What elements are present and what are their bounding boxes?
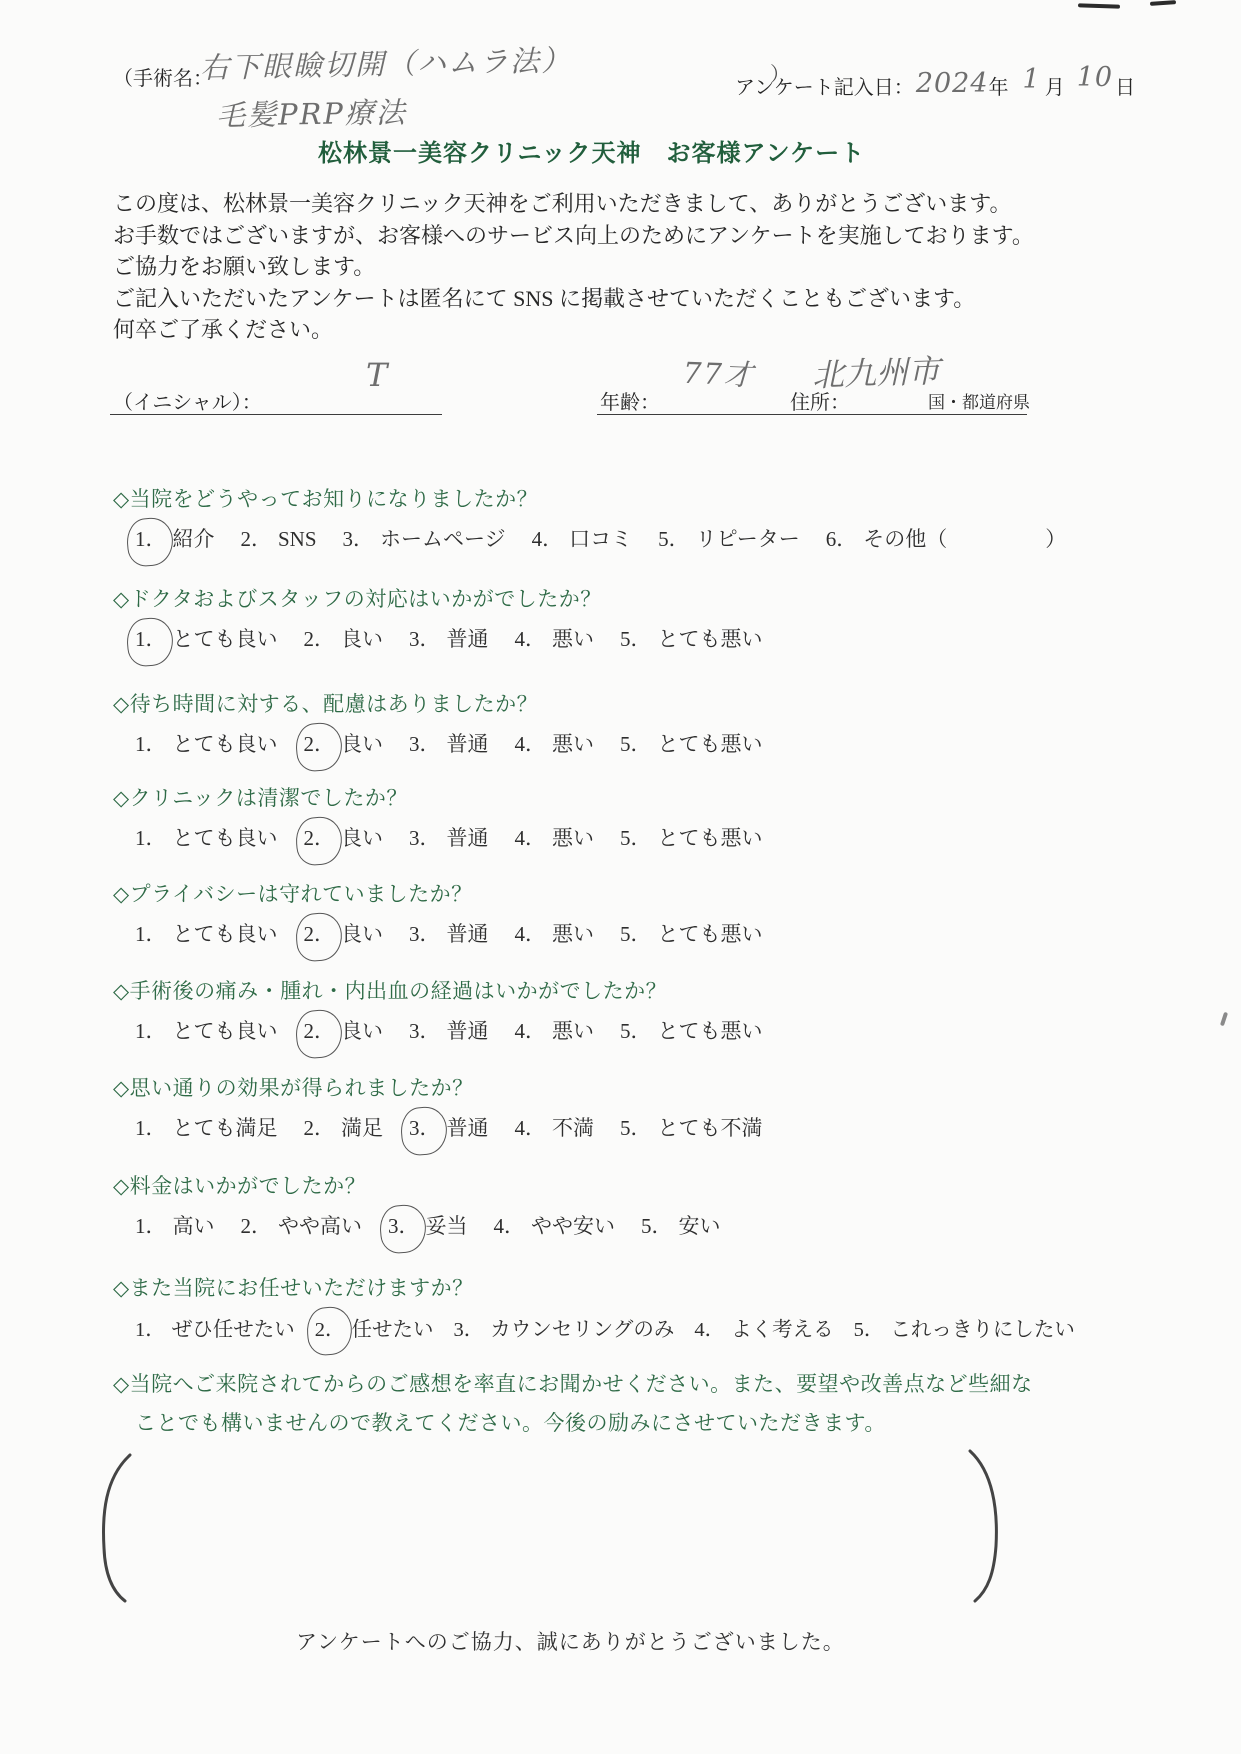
survey-date-day-handwritten: 10: [1077, 62, 1113, 93]
option-number: 2．: [241, 1210, 273, 1240]
question-8-option-3-selected: 3．妥当: [388, 1210, 468, 1240]
survey-date-line: アンケート記入日：2024年1月10日: [735, 70, 1135, 101]
option-label: 普通: [447, 826, 489, 850]
question-6: ◇手術後の痛み・腫れ・内出血の経過はいかがでしたか？1．とても良い2．良い3．普…: [113, 975, 763, 1045]
initial-label: （イニシャル）：: [113, 386, 262, 415]
option-label: とても良い: [173, 922, 278, 946]
option-number: 5．: [620, 1015, 652, 1045]
question-2-heading: ◇ドクタおよびスタッフの対応はいかがでしたか？: [113, 583, 763, 613]
question-2-options: 1．とても良い2．良い3．普通4．悪い5．とても悪い: [135, 623, 763, 653]
question-6-option-5: 5．とても悪い: [620, 1015, 763, 1045]
option-number: 1．: [135, 1210, 167, 1240]
intro-line-4: ご記入いただいたアンケートは匿名にて SNS に掲載させていただくこともございま…: [113, 283, 1034, 315]
option-number: 3．: [409, 918, 441, 948]
circled-answer-mark: 2．: [315, 1312, 346, 1342]
option-number: 1．: [135, 918, 167, 948]
option-label: とても良い: [173, 732, 278, 756]
question-1-options: 1．紹介2．SNS3．ホームページ4．口コミ5．リピーター6．その他（）: [135, 523, 1066, 553]
question-9-options: 1．ぜひ任せたい2．任せたい3．カウンセリングのみ4．よく考える5．これっきりに…: [135, 1312, 1095, 1342]
option-label: ホームページ: [380, 527, 506, 551]
question-4-option-4: 4．悪い: [515, 822, 595, 852]
option-number: 5．: [620, 918, 652, 948]
question-1-other-close-paren: ）: [1045, 523, 1066, 553]
question-8-option-1: 1．高い: [135, 1210, 215, 1240]
question-6-option-4: 4．悪い: [515, 1015, 595, 1045]
option-number: 4．: [515, 822, 547, 852]
option-label: とても満足: [173, 1116, 278, 1140]
option-number: 5．: [658, 523, 690, 553]
option-number: 5．: [620, 623, 652, 653]
option-label: 悪い: [552, 732, 594, 756]
address-underline: [789, 414, 1027, 415]
option-number: 5．: [641, 1210, 673, 1240]
question-5-option-5: 5．とても悪い: [620, 918, 763, 948]
option-number: 1．: [135, 728, 167, 758]
question-3-option-4: 4．悪い: [515, 728, 595, 758]
question-9: ◇また当院にお任せいただけますか？1．ぜひ任せたい2．任せたい3．カウンセリング…: [113, 1272, 1095, 1342]
closing-thanks-message: アンケートへのご協力、誠にありがとうございました。: [296, 1626, 845, 1656]
question-5-option-4: 4．悪い: [515, 918, 595, 948]
option-number: 1．: [135, 1112, 167, 1142]
option-number: 4．: [515, 728, 547, 758]
option-label: SNS: [278, 527, 317, 551]
option-label: とても良い: [173, 1019, 278, 1043]
option-label: 普通: [447, 627, 489, 651]
option-label: とても悪い: [658, 826, 763, 850]
age-underline: [597, 414, 789, 415]
question-5-option-2-selected: 2．良い: [304, 918, 384, 948]
question-1-option-2: 2．SNS: [241, 523, 317, 553]
option-number: 1．: [135, 1312, 166, 1342]
option-label: とても悪い: [658, 922, 763, 946]
option-label: 悪い: [552, 627, 594, 651]
intro-line-3: ご協力をお願い致します。: [113, 251, 1034, 283]
question-3: ◇待ち時間に対する、配慮はありましたか？1．とても良い2．良い3．普通4．悪い5…: [113, 688, 763, 758]
question-7: ◇思い通りの効果が得られましたか？1．とても満足2．満足3．普通4．不満5．とて…: [113, 1072, 763, 1142]
option-label: カウンセリングのみ: [490, 1319, 674, 1341]
option-label: 安い: [679, 1214, 721, 1238]
question-8-option-5: 5．安い: [641, 1210, 721, 1240]
question-3-option-2-selected: 2．良い: [304, 728, 384, 758]
question-3-option-1: 1．とても良い: [135, 728, 278, 758]
option-label: とても悪い: [658, 1019, 763, 1043]
survey-date-month-unit: 月: [1045, 77, 1065, 99]
question-3-heading: ◇待ち時間に対する、配慮はありましたか？: [113, 688, 763, 718]
question-5: ◇プライバシーは守れていましたか？1．とても良い2．良い3．普通4．悪い5．とて…: [113, 878, 763, 948]
survey-date-year-unit: 年: [989, 77, 1009, 99]
question-4-option-2-selected: 2．良い: [304, 822, 384, 852]
scan-artifact: [1078, 3, 1120, 8]
question-4-option-5: 5．とても悪い: [620, 822, 763, 852]
option-number: 5．: [854, 1312, 885, 1342]
question-6-option-2-selected: 2．良い: [304, 1015, 384, 1045]
option-label: 満足: [341, 1116, 383, 1140]
initial-value-handwritten: T: [366, 356, 389, 394]
question-4-options: 1．とても良い2．良い3．普通4．悪い5．とても悪い: [135, 822, 763, 852]
option-number: 4．: [515, 918, 547, 948]
option-label: リピーター: [696, 527, 800, 551]
option-label: 悪い: [552, 922, 594, 946]
initial-underline: [110, 414, 442, 415]
surgery-name-label: （手術名：: [113, 62, 213, 91]
option-label: その他（: [863, 527, 947, 551]
option-number: 2．: [241, 523, 273, 553]
question-9-option-5: 5．これっきりにしたい: [854, 1312, 1075, 1342]
question-1-option-6: 6．その他（: [826, 523, 948, 553]
survey-date-year-handwritten: 2024: [916, 68, 989, 99]
question-5-heading: ◇プライバシーは守れていましたか？: [113, 878, 763, 908]
intro-line-1: この度は、松林景一美容クリニック天神をご利用いただきまして、ありがとうございます…: [113, 188, 1034, 220]
option-number: 4．: [515, 1112, 547, 1142]
question-5-options: 1．とても良い2．良い3．普通4．悪い5．とても悪い: [135, 918, 763, 948]
circled-answer-mark: 3．: [409, 1112, 441, 1142]
option-label: 良い: [341, 922, 383, 946]
question-10: ◇当院へご来院されてからのご感想を率直にお聞かせください。また、要望や改善点など…: [113, 1368, 1033, 1437]
option-label: とても良い: [173, 826, 278, 850]
circled-answer-mark: 1．: [135, 623, 167, 653]
option-number: 6．: [826, 523, 858, 553]
question-9-option-1: 1．ぜひ任せたい: [135, 1312, 295, 1342]
question-8-options: 1．高い2．やや高い3．妥当4．やや安い5．安い: [135, 1210, 721, 1240]
question-1-heading: ◇当院をどうやってお知りになりましたか？: [113, 483, 1066, 513]
age-value-handwritten: 77才: [682, 351, 755, 394]
question-4-option-3: 3．普通: [409, 822, 489, 852]
option-label: 悪い: [552, 826, 594, 850]
intro-line-5: 何卒ご了承ください。: [113, 314, 1034, 346]
question-8-option-2: 2．やや高い: [241, 1210, 363, 1240]
option-label: やや安い: [531, 1214, 615, 1238]
option-label: 普通: [447, 1116, 489, 1140]
option-label: とても良い: [173, 627, 278, 651]
question-9-option-4: 4．よく考える: [694, 1312, 833, 1342]
question-4: ◇クリニックは清潔でしたか？1．とても良い2．良い3．普通4．悪い5．とても悪い: [113, 782, 763, 852]
question-1-option-4: 4．口コミ: [532, 523, 633, 553]
question-6-option-1: 1．とても良い: [135, 1015, 278, 1045]
question-2-option-2: 2．良い: [304, 623, 384, 653]
circled-answer-mark: 1．: [135, 523, 167, 553]
option-label: 任せたい: [352, 1319, 434, 1341]
circled-answer-mark: 2．: [304, 1015, 336, 1045]
option-label: とても悪い: [658, 627, 763, 651]
intro-paragraph: この度は、松林景一美容クリニック天神をご利用いただきまして、ありがとうございます…: [113, 188, 1034, 346]
question-7-option-2: 2．満足: [304, 1112, 384, 1142]
option-label: 紹介: [173, 527, 215, 551]
option-number: 2．: [304, 1112, 336, 1142]
question-3-option-3: 3．普通: [409, 728, 489, 758]
intro-line-2: お手数ではございますが、お客様へのサービス向上のためにアンケートを実施しておりま…: [113, 220, 1034, 252]
option-number: 4．: [694, 1312, 725, 1342]
question-9-heading: ◇また当院にお任せいただけますか？: [113, 1272, 1095, 1302]
question-1-option-5: 5．リピーター: [658, 523, 800, 553]
option-number: 1．: [135, 1015, 167, 1045]
option-number: 3．: [454, 1312, 485, 1342]
option-number: 3．: [409, 623, 441, 653]
question-7-option-4: 4．不満: [515, 1112, 595, 1142]
question-7-option-1: 1．とても満足: [135, 1112, 278, 1142]
question-1-option-3: 3．ホームページ: [343, 523, 506, 553]
question-9-option-3: 3．カウンセリングのみ: [454, 1312, 675, 1342]
question-7-heading: ◇思い通りの効果が得られましたか？: [113, 1072, 763, 1102]
survey-date-month-handwritten: 1: [1023, 64, 1041, 95]
question-10-heading-line2: ことでも構いませんので教えてください。今後の励みにさせていただきます。: [135, 1407, 1033, 1437]
option-label: 良い: [341, 826, 383, 850]
option-number: 4．: [532, 523, 564, 553]
option-number: 5．: [620, 822, 652, 852]
circled-answer-mark: 2．: [304, 918, 336, 948]
question-6-options: 1．とても良い2．良い3．普通4．悪い5．とても悪い: [135, 1015, 763, 1045]
question-3-option-5: 5．とても悪い: [620, 728, 763, 758]
question-8: ◇料金はいかがでしたか？1．高い2．やや高い3．妥当4．やや安い5．安い: [113, 1170, 721, 1240]
option-label: 高い: [173, 1214, 215, 1238]
question-7-option-5: 5．とても不満: [620, 1112, 763, 1142]
question-2-option-1-selected: 1．とても良い: [135, 623, 278, 653]
circled-answer-mark: 3．: [388, 1210, 420, 1240]
question-5-option-3: 3．普通: [409, 918, 489, 948]
question-4-option-1: 1．とても良い: [135, 822, 278, 852]
option-label: とても不満: [658, 1116, 763, 1140]
question-2-option-3: 3．普通: [409, 623, 489, 653]
option-label: 普通: [447, 922, 489, 946]
option-label: 悪い: [552, 1019, 594, 1043]
option-label: やや高い: [278, 1214, 362, 1238]
question-7-options: 1．とても満足2．満足3．普通4．不満5．とても不満: [135, 1112, 763, 1142]
option-number: 3．: [409, 1015, 441, 1045]
question-9-option-2-selected: 2．任せたい: [315, 1312, 434, 1342]
surgery-name-handwritten-line1: 右下眼瞼切開（ハムラ法）: [200, 38, 573, 87]
question-6-heading: ◇手術後の痛み・腫れ・内出血の経過はいかがでしたか？: [113, 975, 763, 1005]
question-6-option-3: 3．普通: [409, 1015, 489, 1045]
option-label: 普通: [447, 1019, 489, 1043]
question-1-option-1-selected: 1．紹介: [135, 523, 215, 553]
circled-answer-mark: 2．: [304, 822, 336, 852]
question-1: ◇当院をどうやってお知りになりましたか？1．紹介2．SNS3．ホームページ4．口…: [113, 483, 1066, 553]
question-7-option-3-selected: 3．普通: [409, 1112, 489, 1142]
option-label: 良い: [341, 627, 383, 651]
option-number: 3．: [409, 822, 441, 852]
question-3-options: 1．とても良い2．良い3．普通4．悪い5．とても悪い: [135, 728, 763, 758]
option-label: 妥当: [426, 1214, 468, 1238]
address-value-handwritten: 北九州市: [811, 346, 941, 396]
scan-artifact: [1150, 0, 1176, 6]
survey-date-label: アンケート記入日：: [735, 77, 914, 99]
question-8-option-4: 4．やや安い: [494, 1210, 616, 1240]
option-label: 普通: [447, 732, 489, 756]
option-number: 4．: [515, 623, 547, 653]
survey-date-day-unit: 日: [1115, 77, 1135, 99]
question-2: ◇ドクタおよびスタッフの対応はいかがでしたか？1．とても良い2．良い3．普通4．…: [113, 583, 763, 653]
option-label: よく考える: [731, 1319, 834, 1341]
option-number: 3．: [409, 728, 441, 758]
option-number: 5．: [620, 728, 652, 758]
option-label: これっきりにしたい: [890, 1319, 1075, 1341]
option-label: 良い: [341, 732, 383, 756]
scan-artifact: [1220, 1012, 1228, 1027]
option-number: 5．: [620, 1112, 652, 1142]
question-10-heading: ◇当院へご来院されてからのご感想を率直にお聞かせください。また、要望や改善点など…: [113, 1368, 1033, 1398]
option-number: 4．: [515, 1015, 547, 1045]
surgery-name-handwritten-line2: 毛髪PRP療法: [216, 90, 408, 134]
option-label: とても悪い: [658, 732, 763, 756]
age-label: 年齢：: [600, 386, 660, 415]
option-number: 4．: [494, 1210, 526, 1240]
option-label: 良い: [341, 1019, 383, 1043]
question-2-option-4: 4．悪い: [515, 623, 595, 653]
question-5-option-1: 1．とても良い: [135, 918, 278, 948]
question-2-option-5: 5．とても悪い: [620, 623, 763, 653]
circled-answer-mark: 2．: [304, 728, 336, 758]
page-title: 松林景一美容クリニック天神 お客様アンケート: [318, 133, 865, 168]
option-label: 不満: [552, 1116, 594, 1140]
question-8-heading: ◇料金はいかがでしたか？: [113, 1170, 721, 1200]
option-label: 口コミ: [569, 527, 632, 551]
question-4-heading: ◇クリニックは清潔でしたか？: [113, 782, 763, 812]
option-label: ぜひ任せたい: [172, 1319, 295, 1341]
comment-area-right-bracket: [962, 1448, 1008, 1604]
option-number: 2．: [304, 623, 336, 653]
comment-area-left-bracket: [92, 1452, 138, 1604]
option-number: 3．: [343, 523, 375, 553]
option-number: 1．: [135, 822, 167, 852]
address-note: 国・都道府県: [928, 388, 1030, 413]
